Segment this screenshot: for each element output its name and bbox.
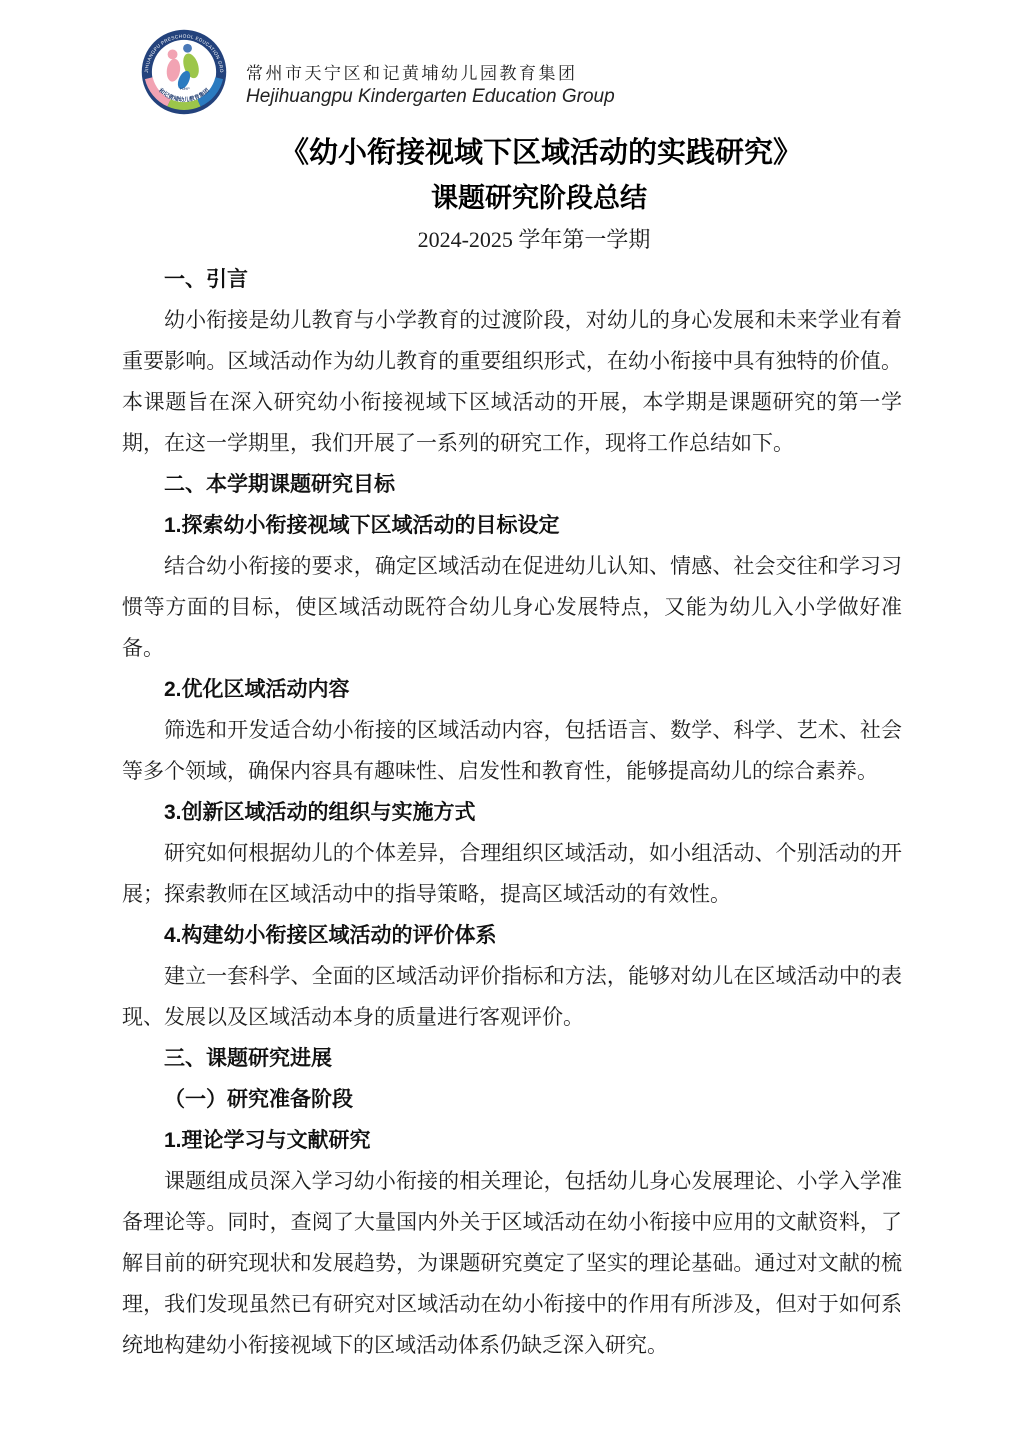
document-subtitle: 课题研究阶段总结 — [122, 176, 902, 220]
document-term: 2024-2025 学年第一学期 — [122, 221, 902, 258]
section-heading: 1.理论学习与文献研究 — [122, 1120, 902, 1161]
figure-pink-head — [168, 49, 178, 59]
body-paragraph: 研究如何根据幼儿的个体差异，合理组织区域活动，如小组活动、个别活动的开展；探索教… — [122, 833, 902, 915]
document-title: 《幼小衔接视域下区域活动的实践研究》 — [122, 130, 902, 176]
figure-blue-head — [183, 44, 192, 53]
letterhead: HEJIHUANGPU PRESCHOOL EDUCATION GROUP 和记… — [140, 28, 615, 116]
document-body: 一、引言幼小衔接是幼儿教育与小学教育的过渡阶段，对幼儿的身心发展和未来学业有着重… — [122, 259, 902, 1366]
body-paragraph: 课题组成员深入学习幼小衔接的相关理论，包括幼儿身心发展理论、小学入学准备理论等。… — [122, 1161, 902, 1366]
section-heading: 3.创新区域活动的组织与实施方式 — [122, 792, 902, 833]
document-page: HEJIHUANGPU PRESCHOOL EDUCATION GROUP 和记… — [0, 0, 1024, 1448]
badge-arc-green — [169, 103, 199, 106]
section-heading: 1.探索幼小衔接视域下区域活动的目标设定 — [122, 505, 902, 546]
org-name-chinese: 常州市天宁区和记黄埔幼儿园教育集团 — [246, 62, 615, 85]
body-paragraph: 结合幼小衔接的要求，确定区域活动在促进幼儿认知、情感、社会交往和学习习惯等方面的… — [122, 546, 902, 669]
org-logo-badge: HEJIHUANGPU PRESCHOOL EDUCATION GROUP 和记… — [140, 28, 228, 116]
body-paragraph: 筛选和开发适合幼小衔接的区域活动内容，包括语言、数学、科学、艺术、社会等多个领域… — [122, 710, 902, 792]
org-name-english: Hejihuangpu Kindergarten Education Group — [246, 85, 615, 109]
org-names: 常州市天宁区和记黄埔幼儿园教育集团 Hejihuangpu Kindergart… — [246, 62, 615, 116]
section-heading: 4.构建幼小衔接区域活动的评价体系 — [122, 915, 902, 956]
section-heading: 一、引言 — [122, 259, 902, 300]
section-heading: 二、本学期课题研究目标 — [122, 464, 902, 505]
section-heading: 2.优化区域活动内容 — [122, 669, 902, 710]
body-paragraph: 幼小衔接是幼儿教育与小学教育的过渡阶段，对幼儿的身心发展和未来学业有着重要影响。… — [122, 300, 902, 464]
body-paragraph: 建立一套科学、全面的区域活动评价指标和方法，能够对幼儿在区域活动中的表现、发展以… — [122, 956, 902, 1038]
badge-center-text: HJHP — [180, 87, 190, 91]
section-heading: 三、课题研究进展 — [122, 1038, 902, 1079]
section-heading: （一）研究准备阶段 — [122, 1079, 902, 1120]
